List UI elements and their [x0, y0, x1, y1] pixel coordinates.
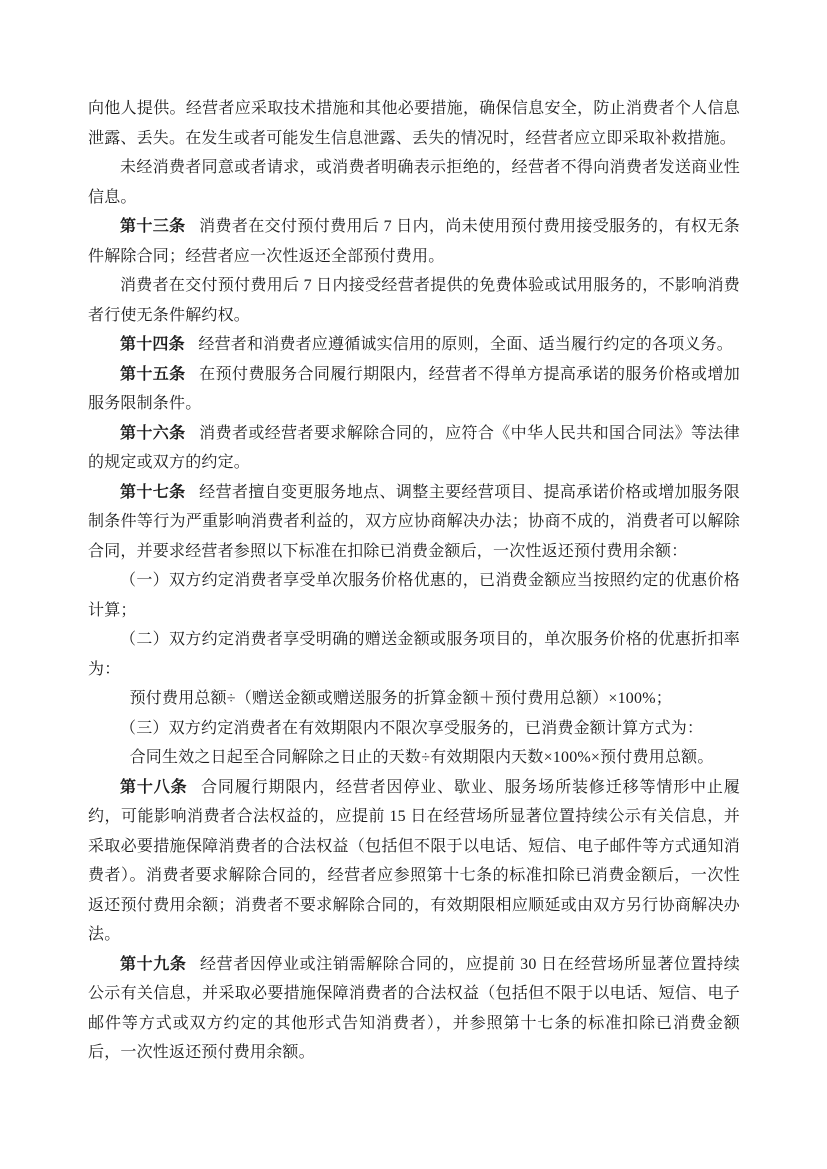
refund-formula-1: 预付费用总额÷（赠送金额或赠送服务的折算金额＋预付费用总额）×100%； — [88, 684, 740, 714]
article-13: 第十三条消费者在交付预付费用后 7 日内，尚未使用预付费用接受服务的，有权无条件… — [88, 212, 740, 271]
clause-item-2: （二）双方约定消费者享受明确的赠送金额或服务项目的，单次服务价格的优惠折扣率为： — [88, 625, 740, 684]
paragraph-text: （二）双方约定消费者享受明确的赠送金额或服务项目的，单次服务价格的优惠折扣率为： — [88, 631, 740, 678]
paragraph-text: （三）双方约定消费者在有效期限内不限次享受服务的，已消费金额计算方式为： — [120, 720, 703, 737]
clause-item-3: （三）双方约定消费者在有效期限内不限次享受服务的，已消费金额计算方式为： — [88, 714, 740, 744]
document-page: 向他人提供。经营者应采取技术措施和其他必要措施，确保信息安全，防止消费者个人信息… — [0, 0, 827, 1169]
article-number: 第十六条 — [120, 425, 186, 442]
article-number: 第十四条 — [120, 336, 185, 353]
paragraph-text: （一）双方约定消费者享受单次服务价格优惠的，已消费金额应当按照约定的优惠价格计算… — [88, 572, 740, 619]
article-number: 第十五条 — [120, 366, 186, 383]
paragraph-text: 向他人提供。经营者应采取技术措施和其他必要措施，确保信息安全，防止消费者个人信息… — [88, 100, 740, 147]
paragraph-text: 经营者和消费者应遵循诚实信用的原则，全面、适当履行约定的各项义务。 — [198, 336, 733, 353]
article-14: 第十四条经营者和消费者应遵循诚实信用的原则，全面、适当履行约定的各项义务。 — [88, 330, 740, 360]
clause-item-1: （一）双方约定消费者享受单次服务价格优惠的，已消费金额应当按照约定的优惠价格计算… — [88, 566, 740, 625]
article-number: 第十九条 — [120, 956, 186, 973]
refund-formula-2: 合同生效之日起至合同解除之日止的天数÷有效期限内天数×100%×预付费用总额。 — [88, 743, 740, 773]
article-number: 第十三条 — [120, 218, 186, 235]
paragraph-text: 合同生效之日起至合同解除之日止的天数÷有效期限内天数×100%×预付费用总额。 — [130, 749, 714, 766]
article-16: 第十六条消费者或经营者要求解除合同的，应符合《中华人民共和国合同法》等法律的规定… — [88, 419, 740, 478]
article-18: 第十八条合同履行期限内，经营者因停业、歇业、服务场所装修迁移等情形中止履约，可能… — [88, 773, 740, 950]
paragraph-text: 合同履行期限内，经营者因停业、歇业、服务场所装修迁移等情形中止履约，可能影响消费… — [88, 779, 740, 944]
article-17: 第十七条经营者擅自变更服务地点、调整主要经营项目、提高承诺价格或增加服务限制条件… — [88, 478, 740, 567]
paragraph: 未经消费者同意或者请求，或消费者明确表示拒绝的，经营者不得向消费者发送商业性信息… — [88, 153, 740, 212]
article-number: 第十七条 — [120, 484, 186, 501]
article-15: 第十五条在预付费服务合同履行期限内，经营者不得单方提高承诺的服务价格或增加服务限… — [88, 360, 740, 419]
article-number: 第十八条 — [120, 779, 187, 796]
paragraph-text: 消费者在交付预付费用后 7 日内接受经营者提供的免费体验或试用服务的，不影响消费… — [88, 277, 740, 324]
article-19: 第十九条经营者因停业或注销需解除合同的，应提前 30 日在经营场所显著位置持续公… — [88, 950, 740, 1068]
paragraph-text: 预付费用总额÷（赠送金额或赠送服务的折算金额＋预付费用总额）×100%； — [130, 690, 672, 707]
paragraph-continuation: 向他人提供。经营者应采取技术措施和其他必要措施，确保信息安全，防止消费者个人信息… — [88, 94, 740, 153]
paragraph-text: 未经消费者同意或者请求，或消费者明确表示拒绝的，经营者不得向消费者发送商业性信息… — [88, 159, 740, 206]
paragraph: 消费者在交付预付费用后 7 日内接受经营者提供的免费体验或试用服务的，不影响消费… — [88, 271, 740, 330]
document-body: 向他人提供。经营者应采取技术措施和其他必要措施，确保信息安全，防止消费者个人信息… — [88, 94, 740, 1068]
